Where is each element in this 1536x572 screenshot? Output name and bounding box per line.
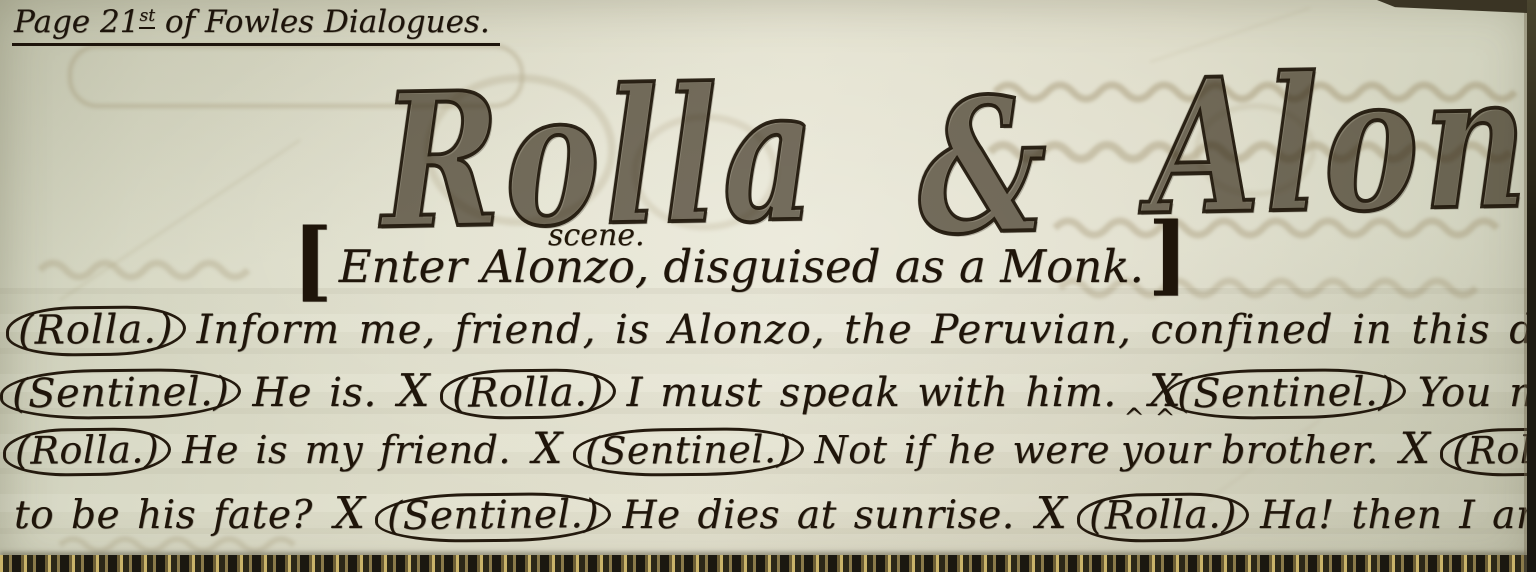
manuscript-page: Page 21st of Fowles Dialogues. Rolla & A…: [0, 0, 1536, 572]
cross-mark: X: [1149, 364, 1181, 417]
speech-text: He is.: [252, 370, 376, 416]
stage-direction-text: Enter Alonzo, disguised as a Monk.: [339, 240, 1144, 293]
speaker-name: (Sentinel.): [375, 492, 612, 543]
gilt-book-edge: [0, 555, 1528, 572]
speech-text: Not if he were: [815, 428, 1110, 472]
speaker-name: (Rolla.): [3, 427, 172, 477]
page-right-edge: [1527, 0, 1536, 572]
speaker-name: (Sentinel.): [0, 368, 242, 421]
speaker-name: (Rolla.): [1440, 427, 1536, 477]
speaker-name: (Sentinel.): [1165, 368, 1407, 421]
dark-corner: [1377, 0, 1527, 13]
speech-text: your^: [1121, 428, 1210, 472]
cross-mark: X: [1036, 488, 1068, 539]
ordinal-superscript: st: [139, 6, 155, 29]
speaker-name: (Rolla.): [1077, 492, 1249, 543]
speech-text: He is my friend.: [182, 428, 511, 472]
speech-text: He dies at sunrise.: [623, 493, 1015, 538]
open-bracket: [: [292, 210, 333, 311]
stage-direction: [Enter Alonzo, disguised as a Monk.]: [292, 240, 1189, 293]
page-number-text: Page 21: [14, 4, 139, 40]
speech-text: to be his fate?: [14, 493, 313, 538]
cross-mark: X: [334, 488, 366, 539]
title-alonzo: Alonzo: [1149, 31, 1536, 257]
speaker-name: (Rolla.): [6, 305, 186, 357]
speaker-name: (Sentinel.): [573, 427, 804, 477]
dialogue-line: to be his fate?X(Sentinel.)He dies at su…: [14, 488, 1536, 542]
speaker-name: (Rolla.): [440, 368, 616, 420]
cross-mark: X: [532, 424, 563, 474]
dialogue-line: (Rolla.)He is my friend.X(Sentinel.)Not …: [3, 424, 1536, 476]
cross-mark: X: [398, 364, 430, 417]
speech-text: Inform me, friend, is Alonzo, the Peruvi…: [197, 307, 1536, 353]
dialogue-line: (Sentinel.)He is.X(Rolla.)I must speak w…: [0, 364, 1536, 419]
speech-text: Ha! then I am come in: [1260, 493, 1536, 538]
close-bracket: ]: [1148, 204, 1189, 305]
speech-text: brother.: [1221, 428, 1379, 472]
speech-text: You must not.: [1418, 370, 1536, 416]
speech-text: I must speak with him.: [627, 370, 1117, 416]
dialogue-line: (Rolla.)Inform me, friend, is Alonzo, th…: [6, 306, 1536, 356]
cross-mark: X: [1400, 424, 1431, 474]
